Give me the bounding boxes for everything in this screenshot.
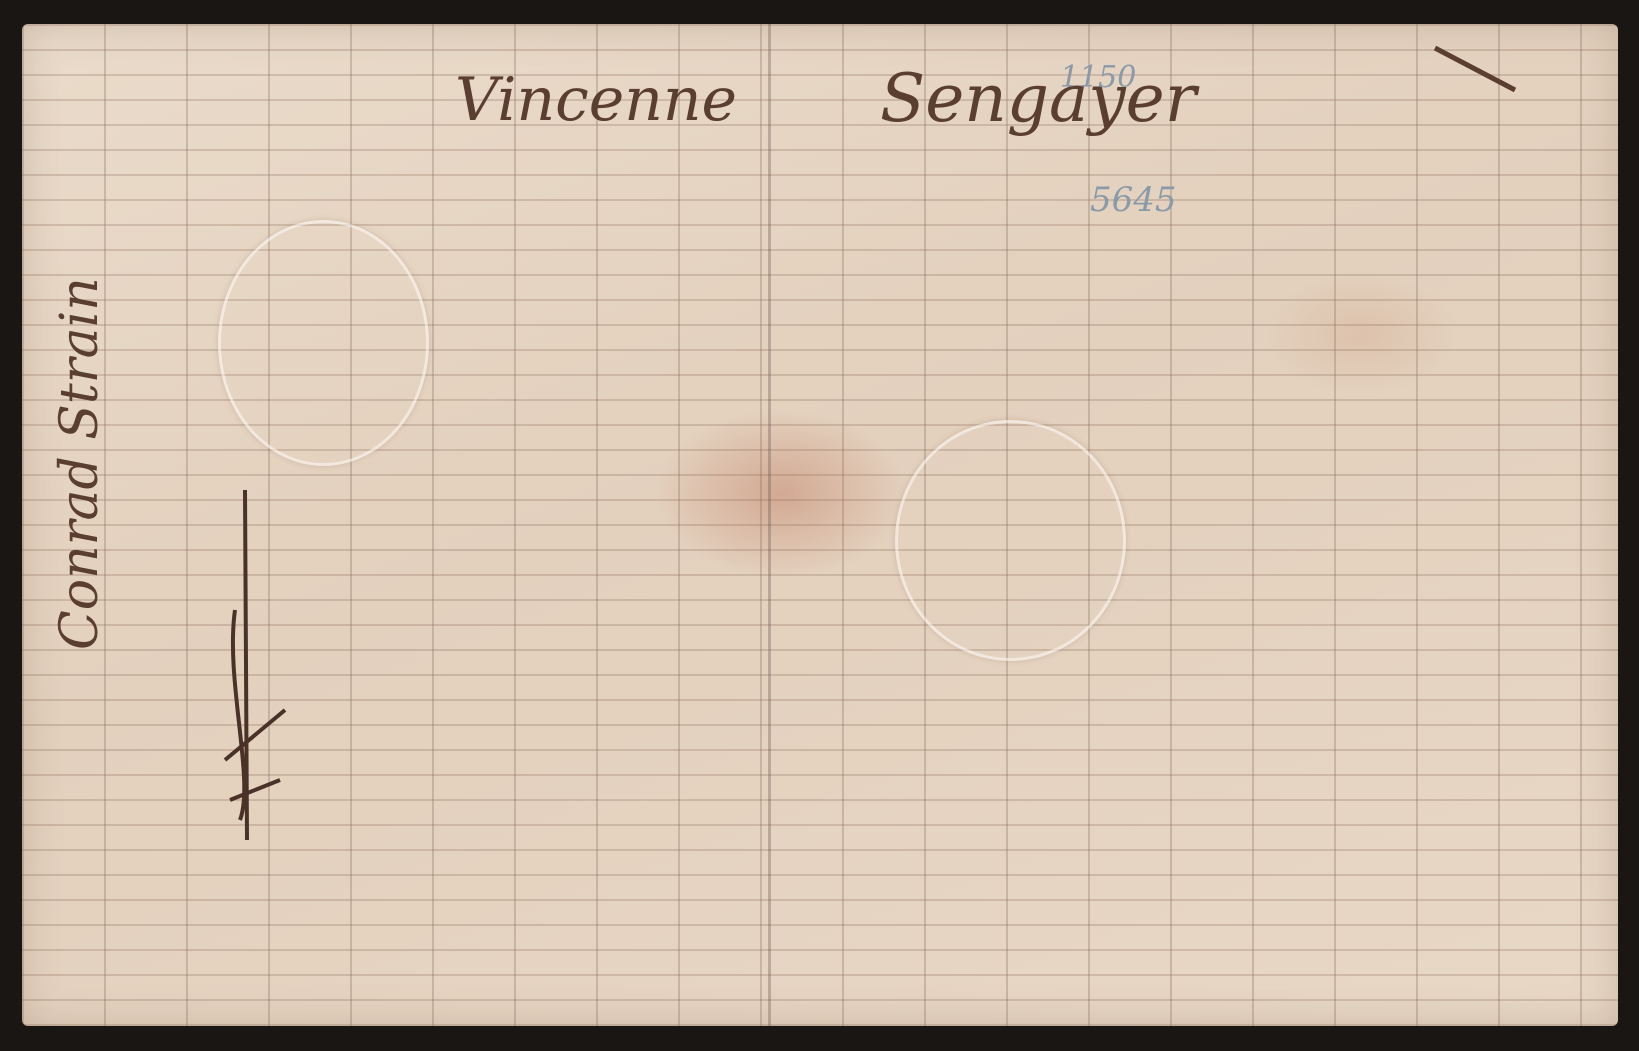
signature-top-center: Vincenne [455,65,737,135]
pencil-number-top: 1150 [1060,60,1136,95]
signature-left-flourish [215,480,305,850]
signature-top-right: Sengayer [880,60,1196,137]
left-embossed-seal [218,220,429,466]
pencil-number-bottom: 5645 [1090,180,1177,220]
center-fold-crease [768,24,771,1026]
signature-left-vertical: Conrad Strain [50,277,110,650]
right-embossed-seal [895,420,1126,661]
corner-ink-stroke [1430,40,1520,100]
